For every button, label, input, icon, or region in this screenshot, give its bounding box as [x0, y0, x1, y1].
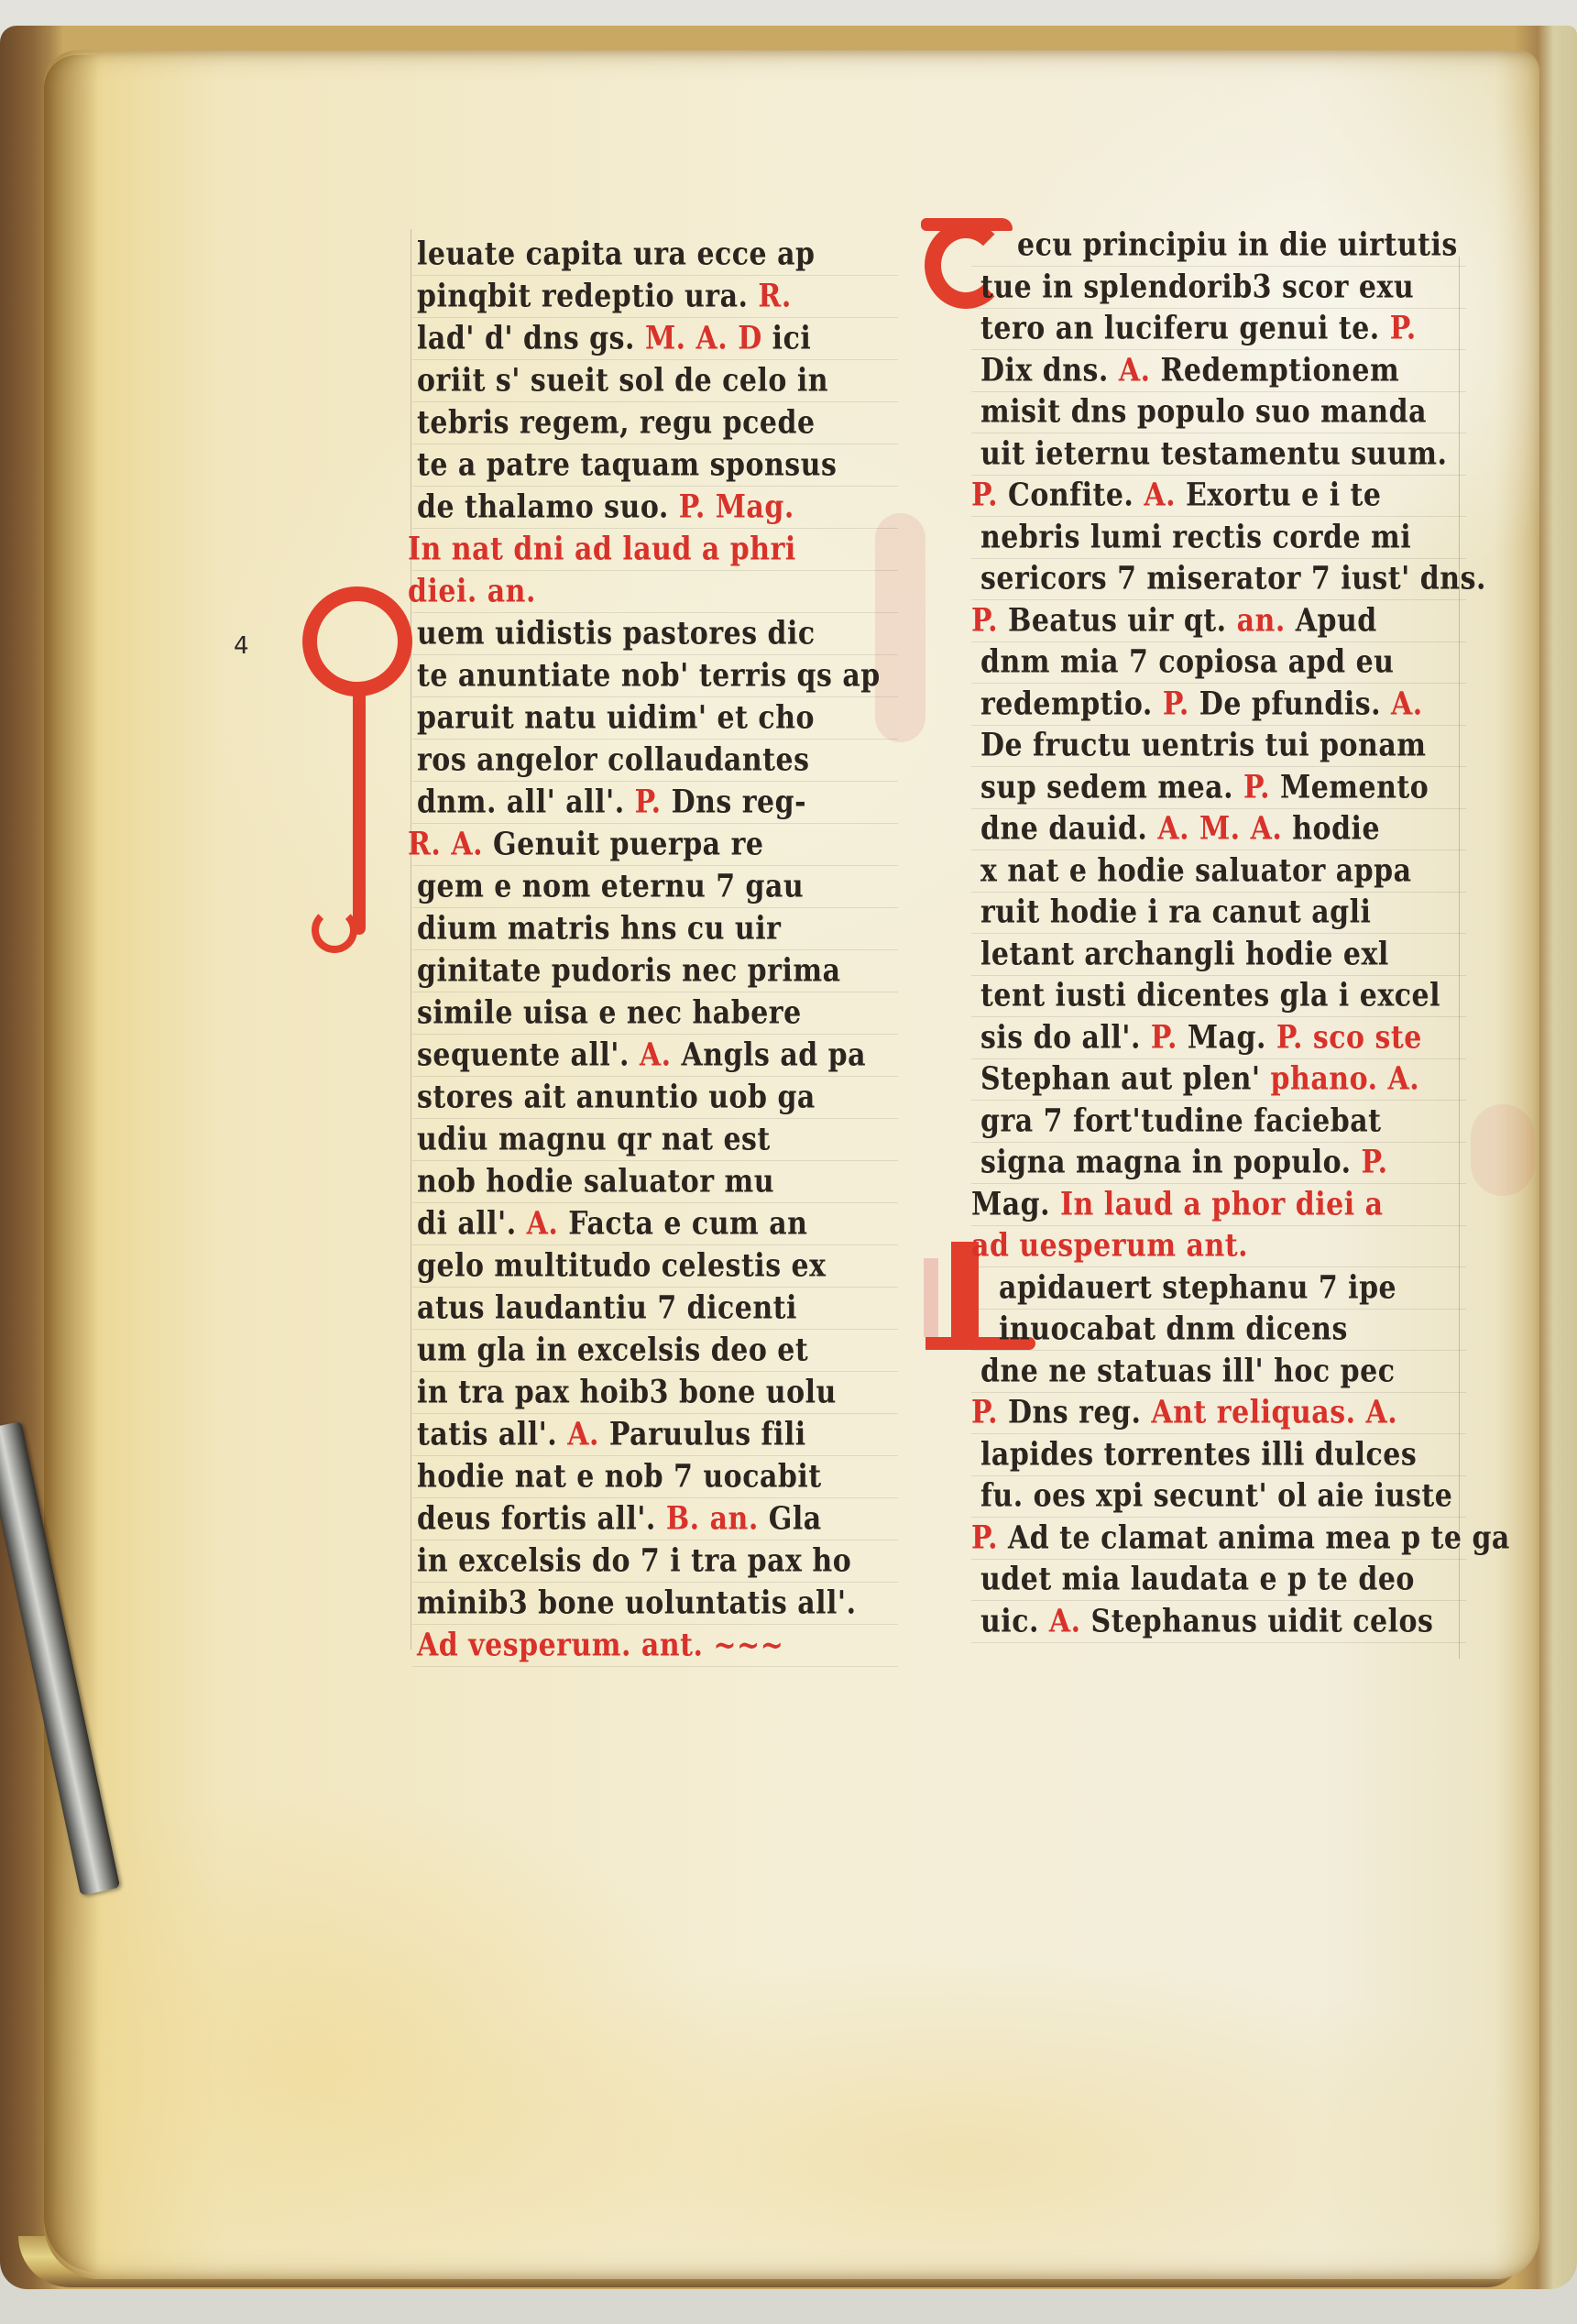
line-text: lapides torrentes illi dulces [980, 1436, 1417, 1473]
manuscript-line: udiu magnu qr nat est [417, 1116, 771, 1165]
manuscript-line: ginitate pudoris nec prima [417, 948, 841, 996]
line-text: ecu principiu in die uirtutis [1017, 226, 1458, 263]
manuscript-line: stores ait anuntio uob ga [417, 1074, 816, 1123]
line-text: tue in splendorib3 scor exu [980, 269, 1414, 305]
line-text: Gla [769, 1500, 822, 1537]
manuscript-line: ros angelor collaudantes [417, 737, 810, 785]
line-text: Mag. [971, 1186, 1060, 1222]
line-text: gra 7 fort'tudine faciebat [980, 1102, 1382, 1139]
rubric-text: A. [1391, 685, 1423, 722]
manuscript-line: gem e nom eternu 7 gau [417, 863, 804, 912]
line-text: Dns reg- [672, 784, 806, 820]
ink-offset-mark [875, 513, 925, 742]
line-text: apidauert stephanu 7 ipe [999, 1269, 1396, 1306]
line-text: paruit natu uidim' et cho [417, 699, 815, 736]
line-text: Stephan aut plen' [980, 1060, 1271, 1097]
line-text: signa magna in populo. [980, 1144, 1362, 1180]
manuscript-line: misit dns populo suo manda [980, 389, 1427, 437]
line-text: ros angelor collaudantes [417, 741, 810, 778]
line-text: deus fortis all'. [417, 1500, 666, 1537]
rubric-text: A. [1049, 1603, 1091, 1639]
manuscript-line: te anuntiate nob' terris qs ap [417, 652, 881, 701]
manuscript-line: te a patre taquam sponsus [417, 442, 837, 490]
gutter-shadow [44, 55, 99, 2273]
manuscript-line: ad uesperum ant. [971, 1222, 1248, 1271]
manuscript-line: in excelsis do 7 i tra pax ho [417, 1538, 851, 1586]
initial-q-bowl [302, 586, 412, 696]
manuscript-line: sericors 7 miserator 7 iust' dns. [980, 555, 1486, 604]
rubric-text: P. [971, 477, 1008, 513]
rubric-text: In laud a phor diei a [1060, 1186, 1384, 1222]
manuscript-line: simile uisa e nec habere [417, 990, 802, 1038]
line-text: De pfundis. [1199, 685, 1391, 722]
manuscript-line: in tra pax hoib3 bone uolu [417, 1369, 837, 1418]
line-text: Mag. [1188, 1019, 1276, 1056]
rubric-text: In nat dni ad laud a phri [408, 531, 796, 567]
manuscript-line: pinqbit redeptio ura. R. [417, 273, 792, 322]
line-text: Facta e cum an [568, 1205, 807, 1242]
line-text: gem e nom eternu 7 gau [417, 868, 804, 904]
line-text: letant archangli hodie exl [980, 936, 1389, 972]
rubric-text: A. [640, 1036, 682, 1073]
line-text: redemptio. [980, 685, 1163, 722]
line-text: fu. oes xpi secunt' ol aie iuste [980, 1477, 1452, 1514]
rubric-text: diei. an. [408, 573, 536, 609]
line-text: oriit s' sueit sol de celo in [417, 362, 828, 399]
manuscript-line: deus fortis all'. B. an. Gla [417, 1496, 822, 1544]
line-text: De fructu uentris tui ponam [980, 727, 1427, 763]
line-text: stores ait anuntio uob ga [417, 1079, 816, 1115]
rubric-text: P. [1163, 685, 1199, 722]
line-text: tero an luciferu genui te. [980, 310, 1390, 346]
manuscript-line: tebris regem, regu pcede [417, 400, 816, 448]
line-text: sis do all'. [980, 1019, 1151, 1056]
rubric-text: A. M. A. [1157, 810, 1292, 847]
ink-offset-mark [1471, 1104, 1535, 1196]
manuscript-line: dnm. all' all'. P. Dns reg- [417, 779, 806, 828]
manuscript-line: di all'. A. Facta e cum an [417, 1200, 807, 1249]
manuscript-line: dnm mia 7 copiosa apd eu [980, 639, 1394, 687]
manuscript-line: sequente all'. A. Angls ad pa [417, 1032, 866, 1080]
line-text: di all'. [417, 1205, 527, 1242]
line-text: nob hodie saluator mu [417, 1163, 774, 1200]
manuscript-line: oriit s' sueit sol de celo in [417, 357, 828, 406]
manuscript-line: Ad vesperum. ant. ~~~ [417, 1622, 783, 1671]
line-text: tatis all'. [417, 1416, 567, 1452]
rubric-text: P. sco ste [1276, 1019, 1422, 1056]
rubric-text: P. [971, 602, 1008, 639]
line-text: Dix dns. [980, 352, 1119, 389]
manuscript-line: paruit natu uidim' et cho [417, 695, 815, 743]
rubric-text: A. [1366, 1394, 1398, 1431]
manuscript-line: diei. an. [408, 568, 536, 617]
line-text: sericors 7 miserator 7 iust' dns. [980, 560, 1486, 597]
initial-q-curl [312, 907, 357, 953]
manuscript-line: ecu principiu in die uirtutis [1017, 222, 1458, 270]
rubric-text: B. an. [666, 1500, 769, 1537]
rubric-text: P. [1243, 769, 1280, 806]
line-text: Ad te clamat anima mea p te ga [1008, 1519, 1510, 1556]
initial-q-decorated [302, 586, 422, 971]
line-text: uit ieternu testamentu suum. [980, 435, 1447, 472]
line-text: udiu magnu qr nat est [417, 1121, 771, 1157]
line-text: nebris lumi rectis corde mi [980, 519, 1411, 555]
rubric-text: P. [1362, 1144, 1388, 1180]
line-text: pinqbit redeptio ura. [417, 278, 758, 314]
line-text: x nat e hodie saluator appa [980, 852, 1412, 889]
manuscript-line: dne dauid. A. M. A. hodie [980, 806, 1380, 854]
rubric-text: Ant reliquas. [1151, 1394, 1365, 1431]
manuscript-line: tatis all'. A. Paruulus fili [417, 1411, 806, 1460]
line-text: Dns reg. [1008, 1394, 1151, 1431]
line-text: simile uisa e nec habere [417, 994, 802, 1031]
rubric-text: P. [1151, 1019, 1188, 1056]
manuscript-line: De fructu uentris tui ponam [980, 722, 1427, 771]
line-text: dne ne statuas ill' hoc pec [980, 1353, 1395, 1389]
line-text: misit dns populo suo manda [980, 393, 1427, 430]
line-text: Confite. [1008, 477, 1144, 513]
line-text: te anuntiate nob' terris qs ap [417, 657, 881, 694]
rubric-text: P. Mag. [679, 488, 794, 525]
rubric-text: ad uesperum ant. [971, 1227, 1248, 1264]
manuscript-line: uic. A. Stephanus uidit celos [980, 1597, 1433, 1646]
manuscript-line: dium matris hns cu uir [417, 905, 781, 954]
line-text: ici [772, 320, 812, 356]
manuscript-line: tent iusti dicentes gla i excel [980, 972, 1440, 1021]
line-text: te a patre taquam sponsus [417, 446, 837, 483]
line-text: udet mia laudata e p te deo [980, 1561, 1415, 1597]
line-text: tebris regem, regu pcede [417, 404, 816, 441]
rubric-text: P. [1390, 310, 1417, 346]
manuscript-line: udet mia laudata e p te deo [980, 1556, 1415, 1605]
manuscript-line: gelo multitudo celestis ex [417, 1243, 827, 1291]
rubric-text: P. [635, 784, 672, 820]
line-text: hodie [1292, 810, 1380, 847]
line-text: hodie nat e nob 7 uocabit [417, 1458, 822, 1495]
line-text: dium matris hns cu uir [417, 910, 781, 947]
line-text: in excelsis do 7 i tra pax ho [417, 1542, 851, 1579]
rubric-text: Ad vesperum. ant. ~~~ [417, 1627, 783, 1663]
manuscript-line: tero an luciferu genui te. P. [980, 305, 1417, 354]
manuscript-line: inuocabat dnm dicens [999, 1306, 1348, 1354]
line-text: dnm mia 7 copiosa apd eu [980, 643, 1394, 680]
manuscript-line: leuate capita ura ecce ap [417, 231, 816, 280]
line-text: dnm. all' all'. [417, 784, 635, 820]
manuscript-line: Stephan aut plen' phano. A. [980, 1056, 1419, 1104]
manuscript-line: R. A. Genuit puerpa re [408, 821, 763, 870]
manuscript-line: atus laudantiu 7 dicenti [417, 1285, 797, 1333]
margin-note: 4 [234, 632, 249, 660]
line-text: tent iusti dicentes gla i excel [980, 977, 1440, 1014]
manuscript-line: P. Confite. A. Exortu e i te [971, 472, 1382, 521]
manuscript-line: P. Dns reg. Ant reliquas. A. [971, 1389, 1397, 1438]
rubric-text: R. [758, 278, 791, 314]
line-text: inuocabat dnm dicens [999, 1310, 1348, 1347]
manuscript-line: fu. oes xpi secunt' ol aie iuste [980, 1473, 1452, 1521]
line-text: Angls ad pa [682, 1036, 867, 1073]
line-text: Genuit puerpa re [493, 826, 763, 862]
rubric-text: M. A. D [645, 320, 772, 356]
line-text: Apud [1296, 602, 1377, 639]
manuscript-line: signa magna in populo. P. [980, 1139, 1388, 1188]
rubric-text: A. [527, 1205, 569, 1242]
manuscript-line: um gla in excelsis deo et [417, 1327, 808, 1376]
line-text: uem uidistis pastores dic [417, 615, 816, 652]
line-text: minib3 bone uoluntatis all'. [417, 1584, 857, 1621]
line-text: de thalamo suo. [417, 488, 679, 525]
line-text: leuate capita ura ecce ap [417, 236, 816, 272]
rubric-text: A. [1144, 477, 1186, 513]
manuscript-line: lad' d' dns gs. M. A. D ici [417, 315, 811, 364]
line-text: lad' d' dns gs. [417, 320, 645, 356]
initial-q-tail [353, 687, 366, 935]
initial-l-offset [924, 1258, 938, 1337]
line-text: atus laudantiu 7 dicenti [417, 1289, 797, 1326]
right-column-ruling-right [1459, 257, 1460, 1659]
line-text: in tra pax hoib3 bone uolu [417, 1374, 837, 1410]
line-text: Memento [1280, 769, 1429, 806]
line-text: dne dauid. [980, 810, 1157, 847]
line-text: um gla in excelsis deo et [417, 1332, 808, 1368]
line-text: ginitate pudoris nec prima [417, 952, 841, 989]
line-text: Paruulus fili [609, 1416, 806, 1452]
line-text: uic. [980, 1603, 1049, 1639]
manuscript-line: nob hodie saluator mu [417, 1158, 774, 1207]
manuscript-line: minib3 bone uoluntatis all'. [417, 1580, 857, 1628]
rubric-text: A. [1119, 352, 1161, 389]
manuscript-line: hodie nat e nob 7 uocabit [417, 1453, 822, 1502]
line-text: Exortu e i te [1186, 477, 1382, 513]
line-text: sequente all'. [417, 1036, 640, 1073]
rubric-text: phano. A. [1271, 1060, 1420, 1097]
rubric-text: P. [971, 1394, 1008, 1431]
line-text: ruit hodie i ra canut agli [980, 893, 1371, 930]
line-text: Redemptionem [1160, 352, 1399, 389]
rubric-text: R. A. [408, 826, 493, 862]
rubric-text: P. [971, 1519, 1008, 1556]
line-text: Beatus uir qt. [1008, 602, 1237, 639]
manuscript-line: In nat dni ad laud a phri [408, 526, 796, 575]
manuscript-line: de thalamo suo. P. Mag. [417, 484, 794, 532]
line-text: gelo multitudo celestis ex [417, 1247, 827, 1284]
line-text: Stephanus uidit celos [1091, 1603, 1434, 1639]
line-text: sup sedem mea. [980, 769, 1243, 806]
rubric-text: an. [1237, 602, 1296, 639]
rubric-text: A. [567, 1416, 609, 1452]
manuscript-line: uem uidistis pastores dic [417, 610, 816, 659]
manuscript-line: ruit hodie i ra canut agli [980, 889, 1371, 937]
